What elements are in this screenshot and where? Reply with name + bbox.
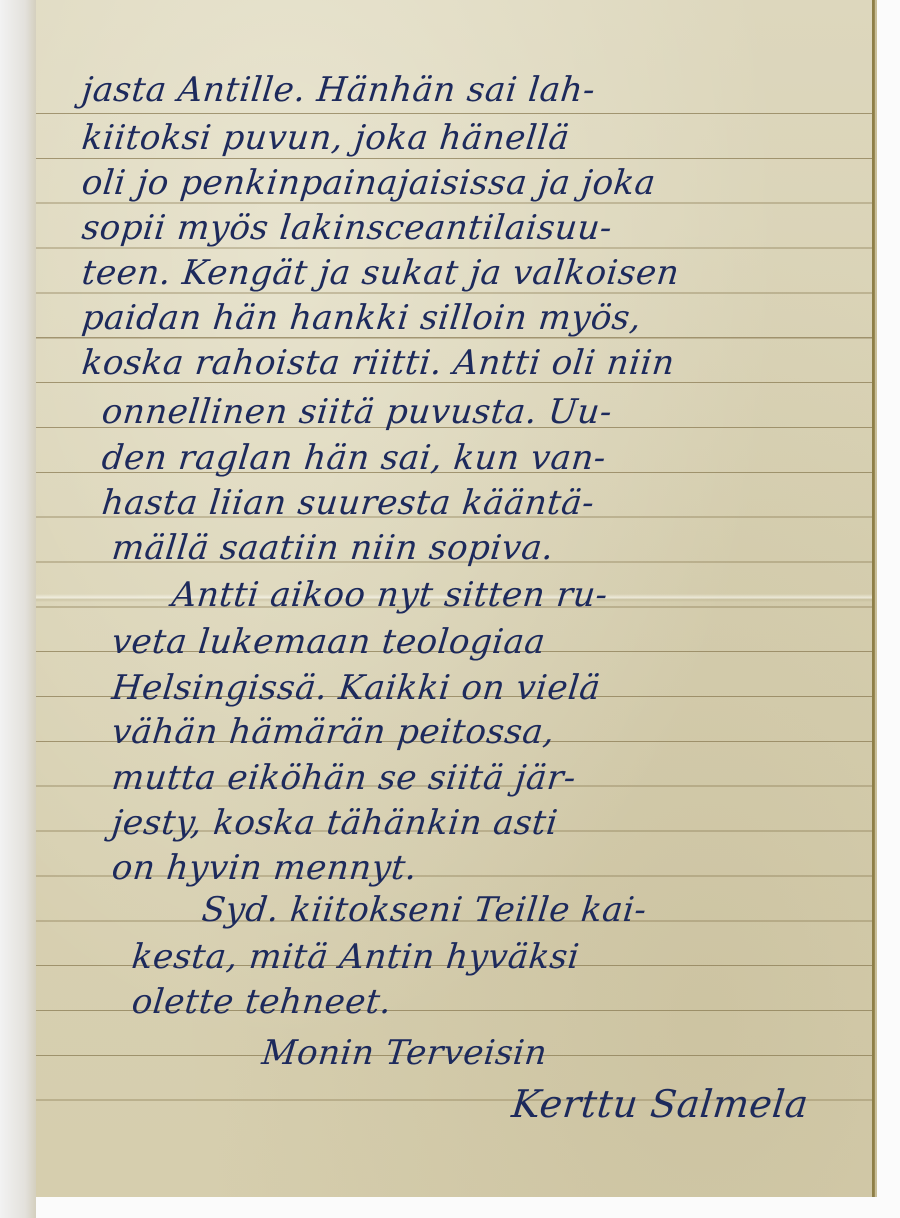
letter-line: Syd. kiitokseni Teille kai- <box>200 890 649 930</box>
letter-line: vähän hämärän peitossa, <box>110 712 557 752</box>
letter-line: kiitoksi puvun, joka hänellä <box>80 118 572 158</box>
letter-line: koska rahoista riitti. Antti oli niin <box>80 343 677 383</box>
letter-line: kesta, mitä Antin hyväksi <box>130 937 581 977</box>
letter-body: jasta Antille. Hänhän sai lah- kiitoksi … <box>36 0 872 1197</box>
letter-line: jesty, koska tähänkin asti <box>110 803 560 843</box>
letter-line: oli jo penkinpainajaisissa ja joka <box>80 163 658 203</box>
letter-line: teen. Kengät ja sukat ja valkoisen <box>80 253 681 293</box>
letter-line: Helsingissä. Kaikki on vielä <box>110 668 602 708</box>
letter-line: on hyvin mennyt. <box>110 848 419 888</box>
signature: Kerttu Salmela <box>510 1082 811 1126</box>
scanner-margin <box>0 0 36 1218</box>
letter-line: onnellinen siitä puvusta. Uu- <box>100 392 614 432</box>
letter-line: Antti aikoo nyt sitten ru- <box>170 575 610 615</box>
letter-line: veta lukemaan teologiaa <box>110 622 548 662</box>
letter-line: jasta Antille. Hänhän sai lah- <box>80 70 597 110</box>
letter-line: den raglan hän sai, kun van- <box>100 438 608 478</box>
letter-line: olette tehneet. <box>130 982 394 1022</box>
letter-line: hasta liian suuresta kääntä- <box>100 483 596 523</box>
letter-line: mällä saatiin niin sopiva. <box>110 528 556 568</box>
letter-line: sopii myös lakinsceantilaisuu- <box>80 208 614 248</box>
letter-line: paidan hän hankki silloin myös, <box>80 298 643 338</box>
closing-line: Monin Terveisin <box>260 1033 549 1073</box>
letter-line: mutta eiköhän se siitä jär- <box>110 758 578 798</box>
letter-page: jasta Antille. Hänhän sai lah- kiitoksi … <box>36 0 874 1197</box>
